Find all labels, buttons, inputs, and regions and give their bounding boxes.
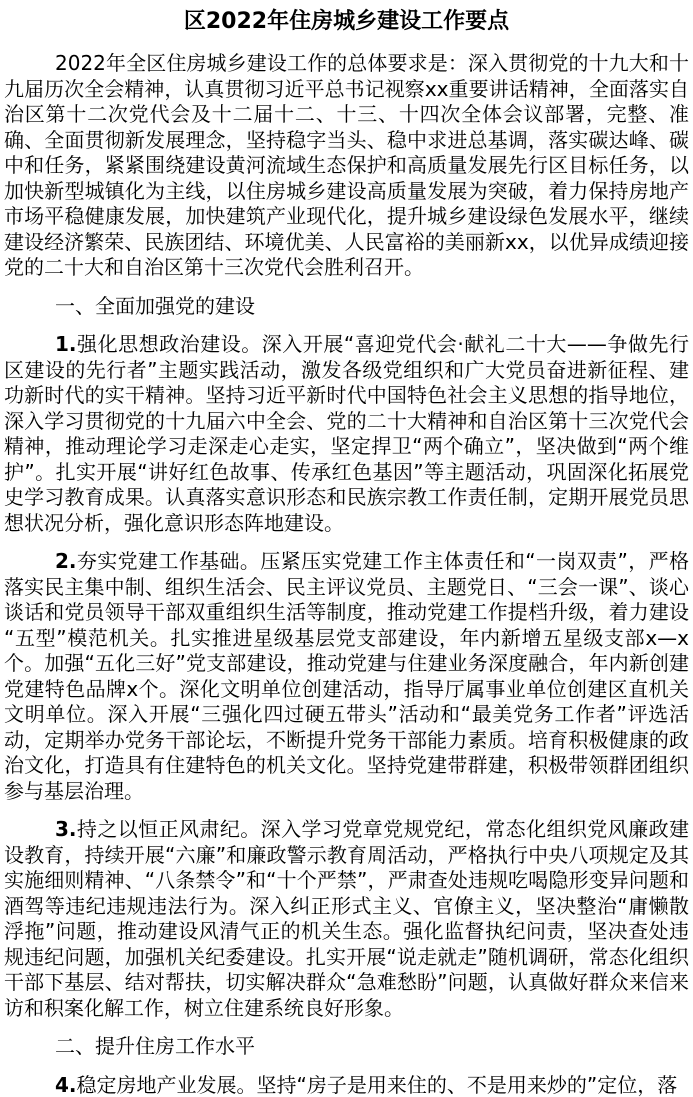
section-heading-1: 一、全面加强党的建设 bbox=[4, 294, 689, 320]
paragraph-text: 稳定房地产业发展。坚持“房子是用来住的、不是用来炒的”定位，落 bbox=[77, 1073, 678, 1097]
numbered-paragraph-3: 3.持之以恒正风肃纪。深入学习党章党规党纪，常态化组织党风廉政建设教育，持续开展… bbox=[4, 817, 689, 1021]
numbered-paragraph-1: 1.强化思想政治建设。深入开展“喜迎党代会·献礼二十大——争做先行区建设的先行者… bbox=[4, 332, 689, 536]
paragraph-number: 4. bbox=[55, 1073, 77, 1097]
paragraph-text: 强化思想政治建设。深入开展“喜迎党代会·献礼二十大——争做先行区建设的先行者”主… bbox=[4, 332, 689, 535]
document-page: 区2022年住房城乡建设工作要点 2022年全区住房城乡建设工作的总体要求是：深… bbox=[0, 0, 693, 1097]
paragraph-number: 3. bbox=[55, 817, 77, 841]
paragraph-text: 夯实党建工作基础。压紧压实党建工作主体责任和“一岗双责”，严格落实民主集中制、组… bbox=[4, 549, 689, 803]
numbered-paragraph-2: 2.夯实党建工作基础。压紧压实党建工作主体责任和“一岗双责”，严格落实民主集中制… bbox=[4, 549, 689, 804]
document-title: 区2022年住房城乡建设工作要点 bbox=[4, 9, 689, 35]
intro-paragraph: 2022年全区住房城乡建设工作的总体要求是：深入贯彻党的十九大和十九届历次全会精… bbox=[4, 51, 689, 281]
section-heading-2: 二、提升住房工作水平 bbox=[4, 1034, 689, 1060]
paragraph-number: 2. bbox=[55, 549, 77, 573]
paragraph-text: 持之以恒正风肃纪。深入学习党章党规党纪，常态化组织党风廉政建设教育，持续开展“六… bbox=[4, 817, 689, 1020]
numbered-paragraph-4: 4.稳定房地产业发展。坚持“房子是用来住的、不是用来炒的”定位，落 bbox=[4, 1073, 689, 1097]
paragraph-number: 1. bbox=[55, 332, 77, 356]
